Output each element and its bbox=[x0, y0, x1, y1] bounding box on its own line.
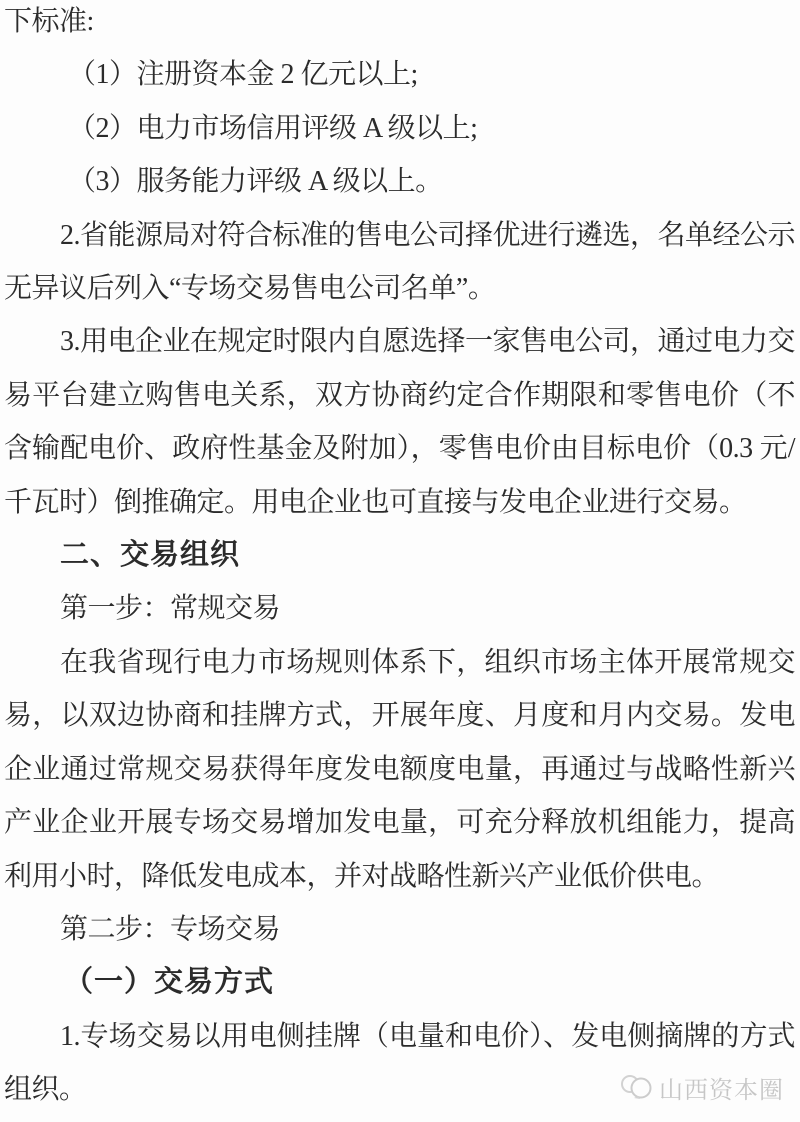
step-2-label: 第二步：专场交易 bbox=[4, 903, 795, 956]
continuation-line: 下标准: bbox=[4, 0, 795, 48]
paragraph-item-2: 2.省能源局对符合标准的售电公司择优进行遴选，名单经公示无异议后列入“专场交易售… bbox=[4, 209, 795, 316]
watermark: 山西资本圈 bbox=[620, 1070, 784, 1105]
criteria-item-1: （1）注册资本金 2 亿元以上; bbox=[4, 48, 795, 101]
watermark-label: 山西资本圈 bbox=[659, 1070, 784, 1105]
document-page: 下标准: （1）注册资本金 2 亿元以上; （2）电力市场信用评级 A 级以上;… bbox=[0, 0, 800, 1122]
paragraph-item-3: 3.用电企业在规定时限内自愿选择一家售电公司，通过电力交易平台建立购售电关系，双… bbox=[4, 315, 795, 529]
criteria-item-3: （3）服务能力评级 A 级以上。 bbox=[4, 155, 795, 208]
section-heading-trading-organization: 二、交易组织 bbox=[4, 529, 795, 582]
step-1-label: 第一步：常规交易 bbox=[4, 582, 795, 635]
subsection-heading-trading-method: （一）交易方式 bbox=[4, 956, 795, 1009]
criteria-item-2: （2）电力市场信用评级 A 级以上; bbox=[4, 102, 795, 155]
shanxi-capital-circle-logo-icon bbox=[620, 1074, 654, 1102]
document-body: 下标准: （1）注册资本金 2 亿元以上; （2）电力市场信用评级 A 级以上;… bbox=[4, 0, 795, 1117]
paragraph-regular-trading: 在我省现行电力市场规则体系下，组织市场主体开展常规交易，以双边协商和挂牌方式，开… bbox=[4, 636, 795, 903]
